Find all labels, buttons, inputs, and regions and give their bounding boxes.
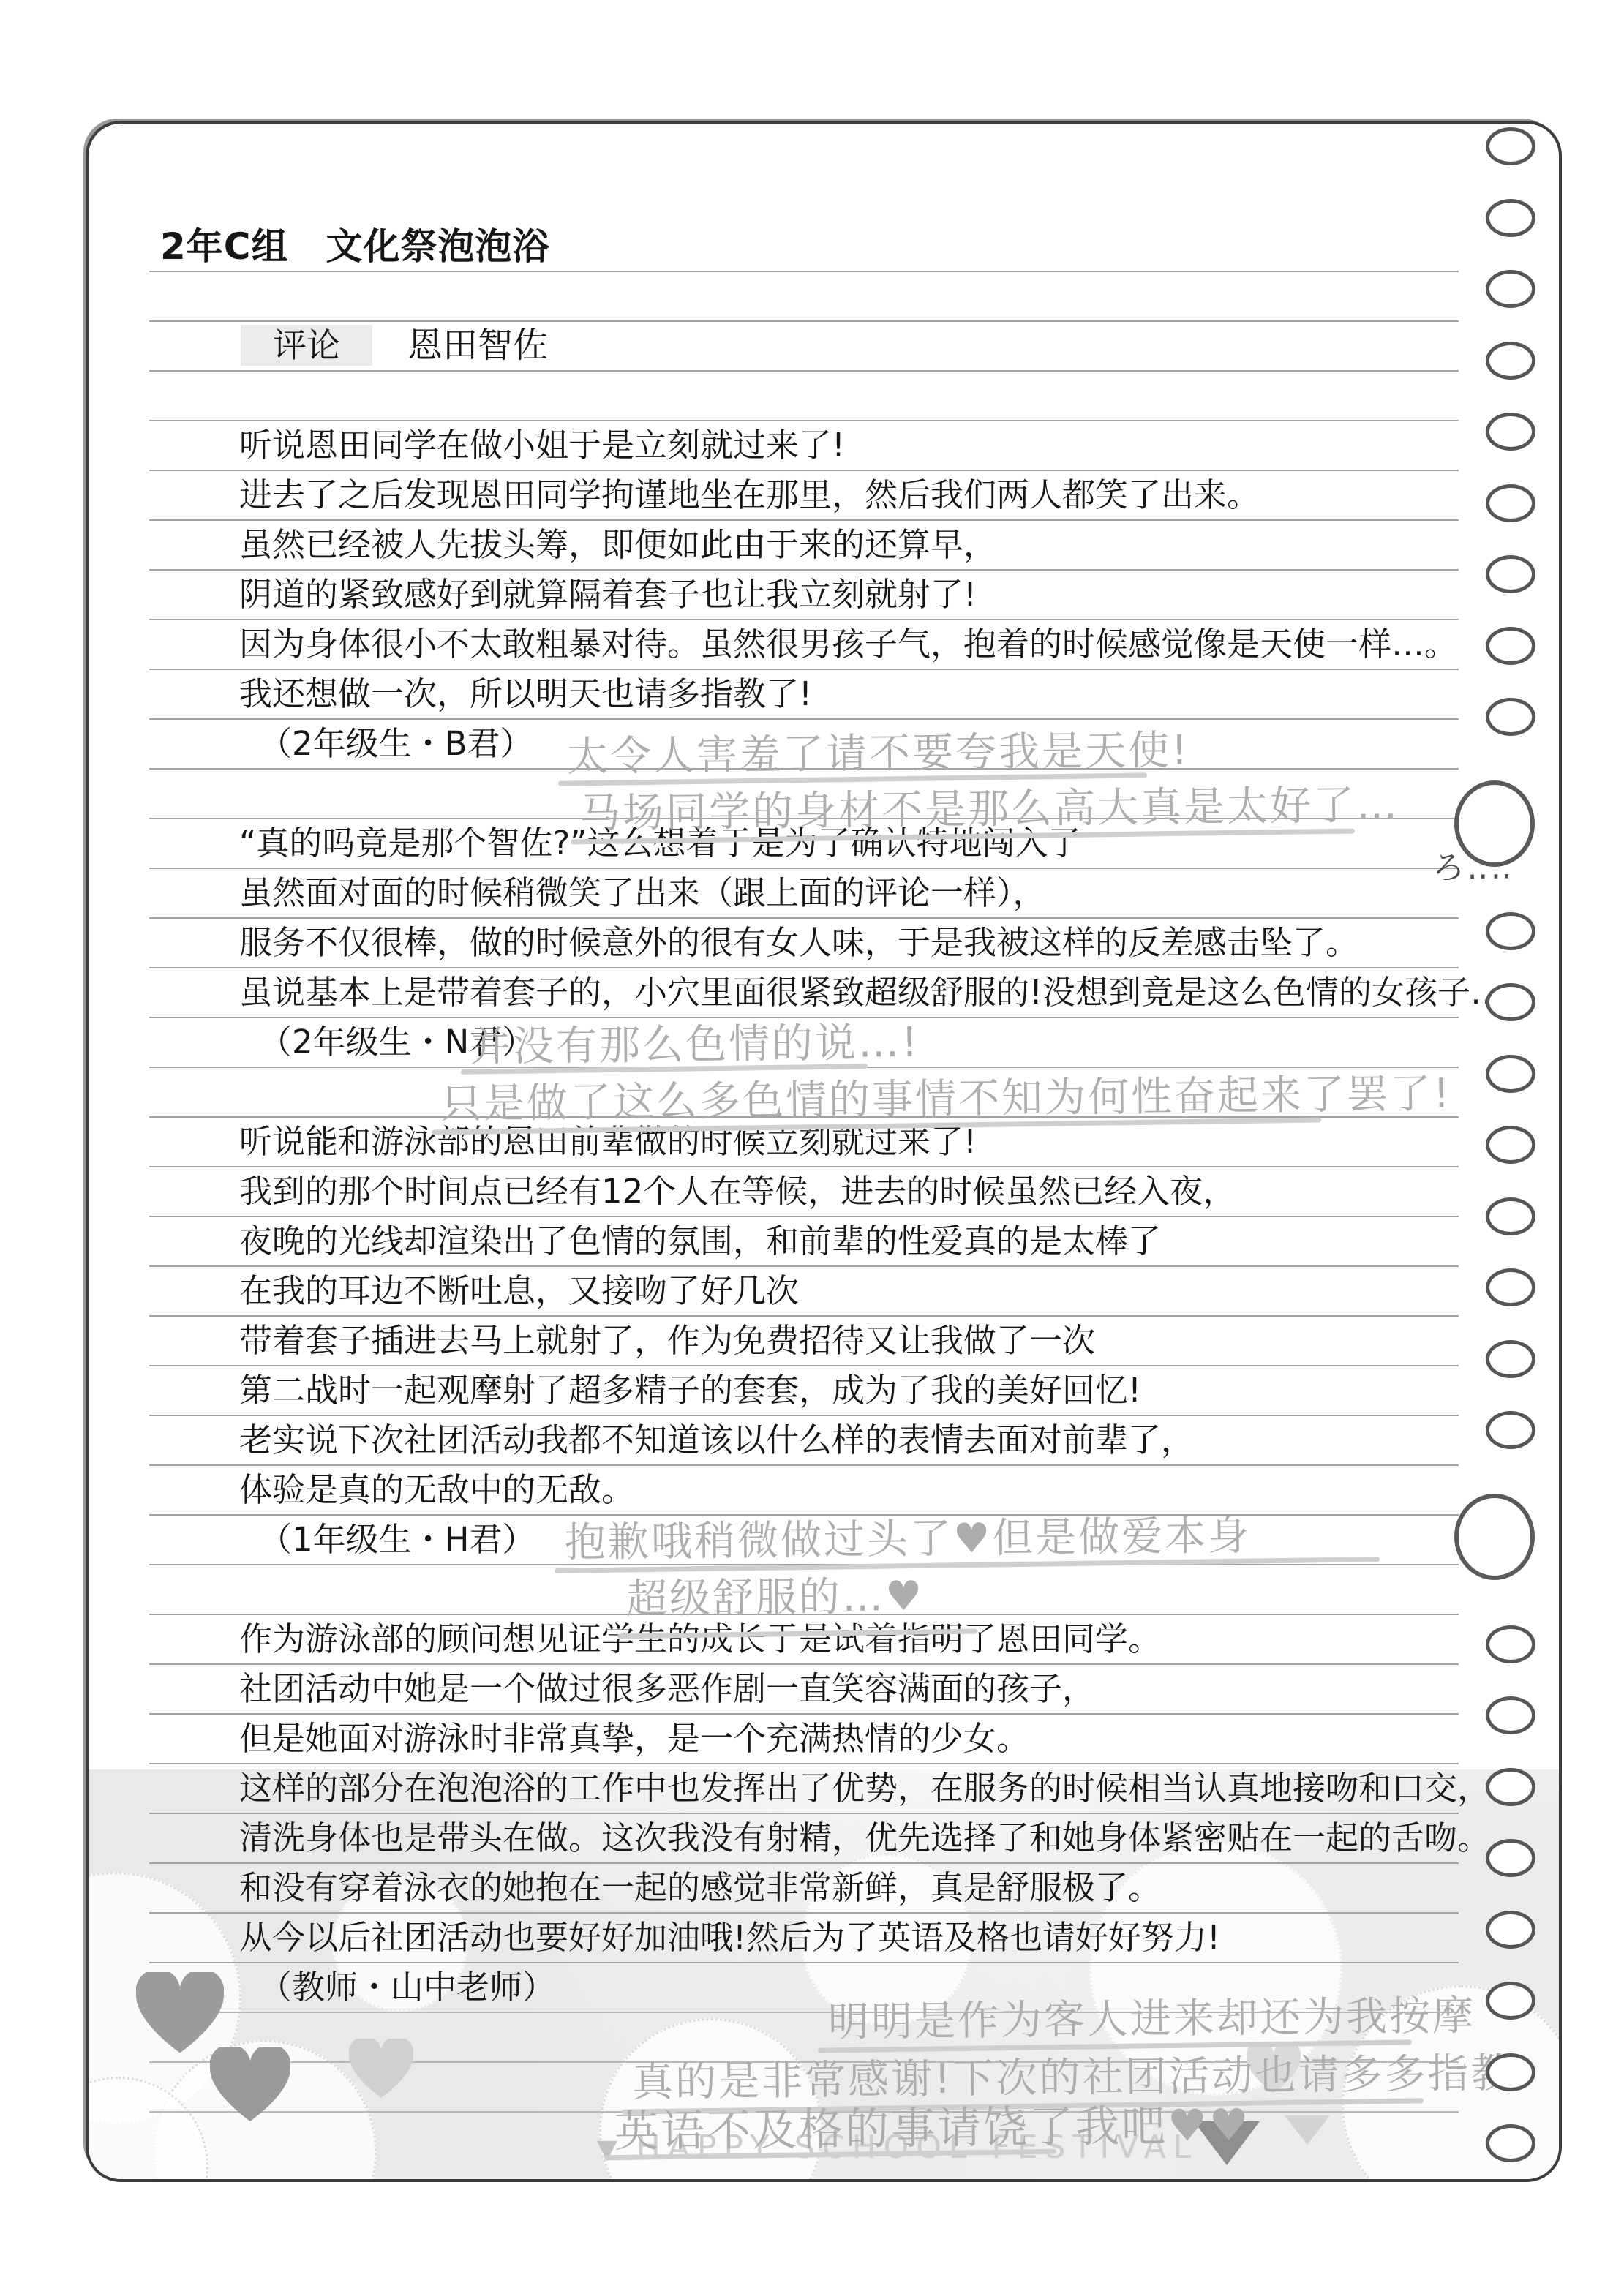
row-line: 清洗身体也是带头在做。这次我没有射精，优先选择了和她身体紧密贴在一起的舌吻。: [149, 1814, 1459, 1864]
notebook-sheet: 2年C组 文化祭泡泡浴评论恩田智佐听说恩田同学在做小姐于是立刻就过来了!进去了之…: [86, 121, 1562, 2182]
row-line: 社团活动中她是一个做过很多恶作剧一直笑容满面的孩子，: [149, 1665, 1459, 1715]
row-line: 夜晚的光线却渲染出了色情的氛围，和前辈的性爱真的是太棒了: [149, 1217, 1459, 1267]
comment-line: 但是她面对游泳时非常真挚，是一个充满热情的少女。: [239, 1719, 1029, 1758]
row-blank: [149, 1565, 1459, 1615]
row-line: 虽说基本上是带着套子的，小穴里面很紧致超级舒服的!没想到竟是这么色情的女孩子…: [149, 968, 1459, 1018]
row-line: 体验是真的无敌中的无敌。: [149, 1466, 1459, 1516]
row-blank: [149, 1068, 1459, 1118]
comment-line: 带着套子插进去马上就射了，作为免费招待又让我做了一次: [239, 1321, 1095, 1360]
comment-line: 虽然已经被人先拔头筹，即便如此由于来的还算早，: [239, 525, 996, 564]
row-line: 老实说下次社团活动我都不知道该以什么样的表情去面对前辈了，: [149, 1416, 1459, 1466]
comment-line: 第二战时一起观摩射了超多精子的套套，成为了我的美好回忆!: [239, 1371, 1141, 1410]
festival-watermark: ▼HAPPY SCHOOL FESTIVAL♥: [597, 2129, 1244, 2166]
row-sig: （教师・山中老师）: [149, 1963, 1459, 2013]
page-title: 2年C组 文化祭泡泡浴: [160, 225, 549, 268]
row-line: “真的吗竟是那个智佐?”这么想着于是为了确认特地闯入了: [149, 819, 1459, 869]
comment-signature: （教师・山中老师）: [259, 1968, 555, 2006]
heart-icon: [349, 2039, 413, 2099]
row-label: 评论恩田智佐: [149, 322, 1459, 372]
row-line: 这样的部分在泡泡浴的工作中也发挥出了优势，在服务的时候相当认真地接吻和口交，: [149, 1764, 1459, 1814]
row-blank: [149, 372, 1459, 421]
comment-line: 我到的那个时间点已经有12个人在等候，进去的时候虽然已经入夜，: [239, 1172, 1236, 1211]
comment-label-badge: 评论: [241, 325, 372, 366]
row-line: 进去了之后发现恩田同学拘谨地坐在那里，然后我们两人都笑了出来。: [149, 471, 1459, 521]
row-line: 虽然已经被人先拔头筹，即便如此由于来的还算早，: [149, 521, 1459, 571]
row-line: 第二战时一起观摩射了超多精子的套套，成为了我的美好回忆!: [149, 1366, 1459, 1416]
ruled-rows: 2年C组 文化祭泡泡浴评论恩田智佐听说恩田同学在做小姐于是立刻就过来了!进去了之…: [149, 222, 1459, 2113]
comment-line: 夜晚的光线却渲染出了色情的氛围，和前辈的性爱真的是太棒了: [239, 1222, 1161, 1260]
comment-line: 体验是真的无敌中的无敌。: [239, 1470, 634, 1509]
row-line: 我到的那个时间点已经有12个人在等候，进去的时候虽然已经入夜，: [149, 1167, 1459, 1217]
comment-line: 老实说下次社团活动我都不知道该以什么样的表情去面对前辈了，: [239, 1421, 1194, 1459]
row-line: 但是她面对游泳时非常真挚，是一个充满热情的少女。: [149, 1715, 1459, 1764]
triangle-pennant-icon: [1194, 2121, 1260, 2165]
row-line: 因为身体很小不太敢粗暴对待。虽然很男孩子气，抱着的时候感觉像是天使一样…。: [149, 620, 1459, 670]
comment-line: 从今以后社团活动也要好好加油哦!然后为了英语及格也请好好努力!: [239, 1918, 1220, 1957]
row-sig: （2年级生・N君）: [149, 1018, 1459, 1068]
comment-line: 和没有穿着泳衣的她抱在一起的感觉非常新鲜，真是舒服极了。: [239, 1868, 1161, 1907]
scanned-page: 2年C组 文化祭泡泡浴评论恩田智佐听说恩田同学在做小姐于是立刻就过来了!进去了之…: [0, 0, 1624, 2272]
row-line: 在我的耳边不断吐息，又接吻了好几次: [149, 1267, 1459, 1317]
triangle-pennant-icon: [1285, 2115, 1330, 2145]
row-blank: [149, 770, 1459, 819]
row-line: 我还想做一次，所以明天也请多指教了!: [149, 670, 1459, 720]
comment-line: 在我的耳边不断吐息，又接吻了好几次: [239, 1271, 799, 1310]
heart-icon: [1247, 2044, 1301, 2094]
row-line: 虽然面对面的时候稍微笑了出来（跟上面的评论一样），: [149, 869, 1459, 919]
comment-line: 听说恩田同学在做小姐于是立刻就过来了!: [239, 426, 845, 464]
comment-line: 虽然面对面的时候稍微笑了出来（跟上面的评论一样），: [239, 873, 1046, 912]
row-title: 2年C组 文化祭泡泡浴: [149, 222, 1459, 272]
row-line: 作为游泳部的顾问想见证学生的成长于是试着指明了恩田同学。: [149, 1615, 1459, 1665]
comment-line: 这样的部分在泡泡浴的工作中也发挥出了优势，在服务的时候相当认真地接吻和口交，: [239, 1769, 1490, 1808]
comment-line: 作为游泳部的顾问想见证学生的成长于是试着指明了恩田同学。: [239, 1620, 1161, 1658]
row-line: 带着套子插进去马上就射了，作为免费招待又让我做了一次: [149, 1317, 1459, 1366]
subject-name: 恩田智佐: [407, 322, 548, 369]
row-line: 听说能和游泳部的恩田前辈做的时候立刻就过来了!: [149, 1118, 1459, 1167]
heart-icon: [136, 1972, 224, 2054]
comment-line: 服务不仅很棒，做的时候意外的很有女人味，于是我被这样的反差感击坠了。: [239, 923, 1358, 962]
comment-line: 虽说基本上是带着套子的，小穴里面很紧致超级舒服的!没想到竟是这么色情的女孩子…: [239, 973, 1503, 1012]
row-line: 听说恩田同学在做小姐于是立刻就过来了!: [149, 421, 1459, 471]
comment-signature: （1年级生・H君）: [259, 1520, 535, 1559]
triangle-icon: ▼: [597, 2134, 617, 2164]
comment-line: 我还想做一次，所以明天也请多指教了!: [239, 674, 812, 713]
watermark-text: HAPPY SCHOOL FESTIVAL: [636, 2129, 1198, 2166]
row-line: 从今以后社团活动也要好好加油哦!然后为了英语及格也请好好努力!: [149, 1914, 1459, 1963]
row-line: 和没有穿着泳衣的她抱在一起的感觉非常新鲜，真是舒服极了。: [149, 1864, 1459, 1914]
row-blank: [149, 272, 1459, 322]
comment-line: 阴道的紧致感好到就算隔着套子也让我立刻就射了!: [239, 575, 977, 614]
comment-signature: （2年级生・N君）: [259, 1023, 535, 1061]
comment-signature: （2年级生・B君）: [259, 724, 533, 763]
comment-line: 进去了之后发现恩田同学拘谨地坐在那里，然后我们两人都笑了出来。: [239, 475, 1260, 514]
row-sig: （1年级生・H君）: [149, 1516, 1459, 1565]
row-line: 阴道的紧致感好到就算隔着套子也让我立刻就射了!: [149, 571, 1459, 620]
comment-line: 听说能和游泳部的恩田前辈做的时候立刻就过来了!: [239, 1122, 977, 1161]
comment-line: 因为身体很小不太敢粗暴对待。虽然很男孩子气，抱着的时候感觉像是天使一样…。: [239, 625, 1457, 663]
row-sig: （2年级生・B君）: [149, 720, 1459, 770]
comment-line: “真的吗竟是那个智佐?”这么想着于是为了确认特地闯入了: [239, 824, 1081, 862]
row-line: 服务不仅很棒，做的时候意外的很有女人味，于是我被这样的反差感击坠了。: [149, 919, 1459, 968]
comment-line: 社团活动中她是一个做过很多恶作剧一直笑容满面的孩子，: [239, 1669, 1095, 1708]
heart-icon: [210, 2047, 290, 2122]
comment-line: 清洗身体也是带头在做。这次我没有射精，优先选择了和她身体紧密贴在一起的舌吻。: [239, 1818, 1490, 1857]
